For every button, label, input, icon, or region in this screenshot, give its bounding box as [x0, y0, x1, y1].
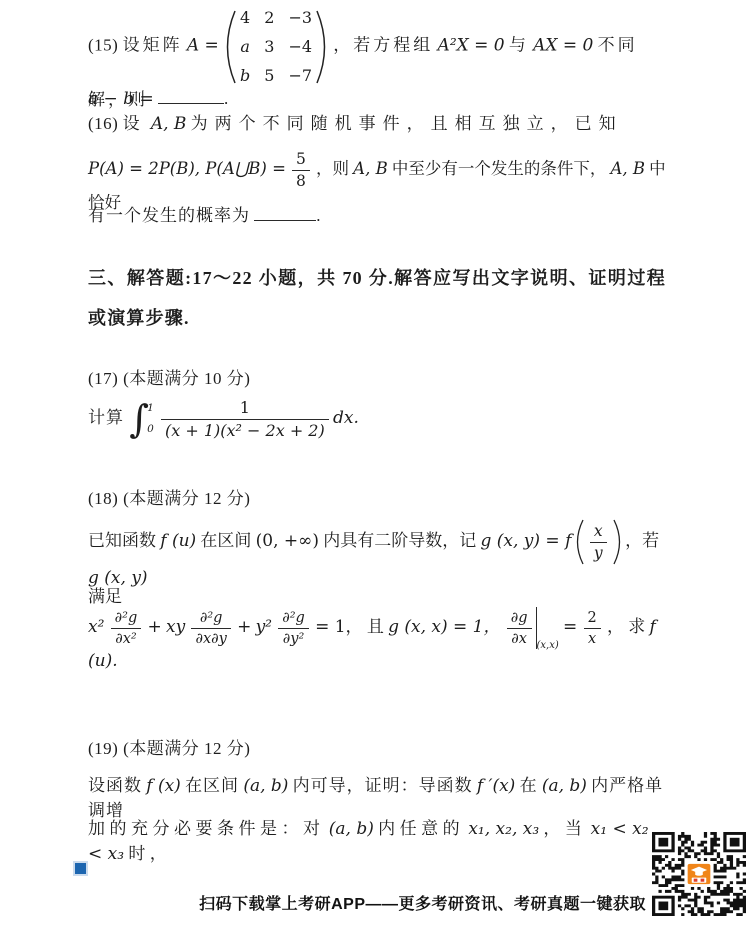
fraction-numerator: 2 [584, 609, 601, 629]
matrix-cell: 4 [240, 6, 250, 29]
interval-ab: (a, b) [542, 776, 587, 796]
interval-ab: (a, b) [243, 776, 288, 796]
events-AB: A, B [353, 159, 388, 178]
problem-19-text-2: 在区间 [185, 776, 239, 795]
problem-17-text-1: 计算 [88, 408, 124, 427]
fraction-denominator: ∂x∂y [191, 629, 230, 647]
matrix-right-paren [316, 9, 326, 85]
fraction-numerator: ∂g [507, 609, 532, 629]
matrix-cell: −7 [288, 64, 312, 87]
problem-19-text-6: 加的充分必要条件是：对 [88, 819, 325, 838]
problem-18-line-1: 已知函数 f (u) 在区间 (0, +∞) 内具有二阶导数，记 g (x, y… [88, 518, 666, 591]
qr-finder-bottom-left [652, 896, 675, 916]
matrix-cell: −3 [288, 6, 312, 29]
fraction-numerator: 5 [292, 150, 310, 171]
fraction-denominator: ∂x [507, 629, 532, 647]
points-x123: x₁, x₂, x₃ [468, 819, 539, 839]
left-paren [576, 518, 584, 566]
problem-19-heading: (19) (本题满分 12 分) [88, 737, 666, 762]
matrix-lhs: A = [187, 36, 219, 56]
section-3-header: 三、解答题:17～22 小题，共 70 分.解答应写出文字说明、证明过程或演算步… [88, 258, 666, 338]
fraction-denominator: ∂y² [278, 629, 309, 647]
partial-evaluated: ∂g∂x (x,x) [505, 607, 559, 649]
page-marker-square [75, 863, 86, 874]
function-f-u: f (u) [160, 531, 196, 551]
period: . [316, 206, 320, 225]
evaluation-subscript: (x,x) [537, 639, 559, 654]
problem-18-line-2: 满足 [88, 585, 666, 610]
problem-18-heading: (18) (本题满分 12 分) [88, 487, 666, 512]
interval-0-inf: (0, +∞) [256, 531, 319, 551]
dx-term: dx. [333, 408, 359, 428]
matrix-A: 4 2 −3 a 3 −4 b 5 −7 [226, 6, 326, 88]
upper-limit: 1 [147, 401, 154, 416]
matrix-cell: 2 [264, 6, 274, 29]
problem-19-text-8: ，当 [543, 819, 586, 838]
problem-15-text-3: 与 [509, 36, 529, 55]
fraction-numerator: ∂²g [111, 609, 142, 629]
logo-char-mark [694, 879, 698, 882]
matrix-cells: 4 2 −3 a 3 −4 b 5 −7 [236, 6, 316, 88]
qr-finder-top-left [652, 832, 675, 852]
problem-19-text-4: 在 [520, 776, 538, 795]
equals-1: = 1， [315, 617, 362, 637]
fraction-2-x: 2x [584, 609, 601, 647]
interval-ab: (a, b) [329, 819, 374, 839]
problem-19-text-7: 内任意的 [378, 819, 464, 838]
qr-finder-top-right [723, 832, 746, 852]
fraction-numerator: 1 [161, 398, 329, 420]
problem-18-text-2: 在区间 [200, 531, 251, 550]
probability-equation: P(A) = 2P(B), P(A⋃B) = [88, 159, 286, 178]
g-definition: g (x, y) = f [480, 531, 571, 551]
fraction-denominator: ∂x² [111, 629, 142, 647]
derivative-f-x: f ′(x) [477, 776, 515, 796]
problem-16-line-1: (16) 设 A, B 为两个不同随机事件，且相互独立，已知 [88, 112, 666, 137]
problem-19-text-3: 内可导，证明：导函数 [293, 776, 473, 795]
problem-16-text-6: 有一个发生的概率为 [88, 206, 250, 225]
problem-16-line-3: 有一个发生的概率为 . [88, 204, 666, 229]
answer-blank [254, 218, 316, 221]
matrix-left-paren [226, 9, 236, 85]
matrix-cell: 3 [264, 35, 274, 58]
coef-y2: y² [256, 617, 272, 637]
problem-18-text-4: ，若 [625, 531, 659, 550]
problem-19-line-2: 加的充分必要条件是：对 (a, b) 内任意的 x₁, x₂, x₃ ，当 x₁… [88, 817, 666, 866]
partial-frac-1: ∂²g∂x² [111, 609, 142, 647]
plus-sign: + [237, 617, 251, 637]
problem-15-text-2: ，若方程组 [333, 36, 433, 55]
problem-16-text-2: 为两个不同随机事件，且相互独立，已知 [191, 114, 623, 133]
matrix-cell: −4 [288, 35, 312, 58]
integrand-fraction: 1(x + 1)(x² − 2x + 2) [161, 398, 329, 440]
partial-g-x: ∂g∂x [507, 609, 532, 647]
answer-lhs: a − b = [88, 89, 154, 109]
matrix-cell: b [240, 64, 250, 87]
fraction-numerator: ∂²g [191, 609, 230, 629]
problem-16-text-4: 中至少有一个发生的条件下， [392, 159, 607, 178]
coef-xy: xy [166, 617, 185, 637]
lower-limit: 0 [147, 422, 154, 437]
fraction-denominator: x [584, 629, 601, 647]
problem-17-line: 计算 ∫ 10 1(x + 1)(x² − 2x + 2) dx. [88, 398, 666, 440]
fraction-numerator: x [590, 522, 607, 543]
matrix-cell: a [240, 35, 250, 58]
logo-char-mark [701, 879, 705, 882]
fraction-denominator: (x + 1)(x² − 2x + 2) [161, 420, 329, 440]
plus-sign: + [148, 617, 162, 637]
problem-15-answer-line: a − b = . [88, 87, 666, 112]
problem-19-text-1: 设函数 [88, 776, 142, 795]
partial-frac-2: ∂²g∂x∂y [191, 609, 230, 647]
problem-19-text-9: 时， [128, 844, 171, 863]
events-AB: A, B [610, 159, 645, 178]
comma: ， [607, 617, 624, 636]
equation-AX: AX = 0 [533, 36, 593, 56]
function-f-x: f (x) [146, 776, 181, 796]
fraction-denominator: 8 [292, 171, 310, 190]
qiu-text: 求 [628, 617, 645, 636]
equation-A2X: A²X = 0 [438, 36, 505, 56]
problem-16-number: (16) [88, 114, 118, 133]
qr-code-image [652, 832, 746, 916]
matrix-cell: 5 [264, 64, 274, 87]
problem-18-text-3: 内具有二阶导数，记 [323, 531, 476, 550]
right-paren [613, 518, 621, 566]
problem-16-text-3: ，则 [316, 159, 349, 178]
events-AB: A, B [151, 114, 187, 134]
problem-18-equation: x² ∂²g∂x² + xy ∂²g∂x∂y + y² ∂²g∂y² = 1， … [88, 607, 666, 674]
problem-15-number: (15) [88, 36, 118, 55]
problem-19-line-1: 设函数 f (x) 在区间 (a, b) 内可导，证明：导函数 f ′(x) 在… [88, 774, 666, 823]
problem-15-text-1: 设矩阵 [123, 36, 183, 55]
qr-code [648, 828, 750, 922]
problem-17-heading: (17) (本题满分 10 分) [88, 367, 666, 392]
integral-limits: 10 [147, 400, 154, 438]
problem-18-text-1: 已知函数 [88, 531, 156, 550]
fraction-numerator: ∂²g [278, 609, 309, 629]
app-logo-icon [686, 862, 712, 885]
qie-text: 且 [367, 617, 384, 636]
problem-16-text-1: 设 [123, 114, 147, 133]
answer-blank [158, 101, 224, 104]
fraction-5-8: 58 [292, 150, 310, 191]
fraction-denominator: y [590, 543, 607, 562]
fraction-x-y: xy [590, 522, 607, 563]
period: . [224, 89, 228, 108]
equals-sign: = [563, 617, 577, 637]
g-xx-condition: g (x, x) = 1， [388, 617, 500, 637]
integral-0-1: ∫ 10 [129, 399, 154, 439]
coef-x2: x² [88, 617, 104, 637]
exam-page: (15) 设矩阵 A = 4 2 −3 a 3 −4 b 5 −7 ，若方程组 … [0, 0, 750, 935]
footer-promo-text: 扫码下载掌上考研APP——更多考研资讯、考研真题一键获取 [0, 891, 646, 914]
partial-frac-3: ∂²g∂y² [278, 609, 309, 647]
